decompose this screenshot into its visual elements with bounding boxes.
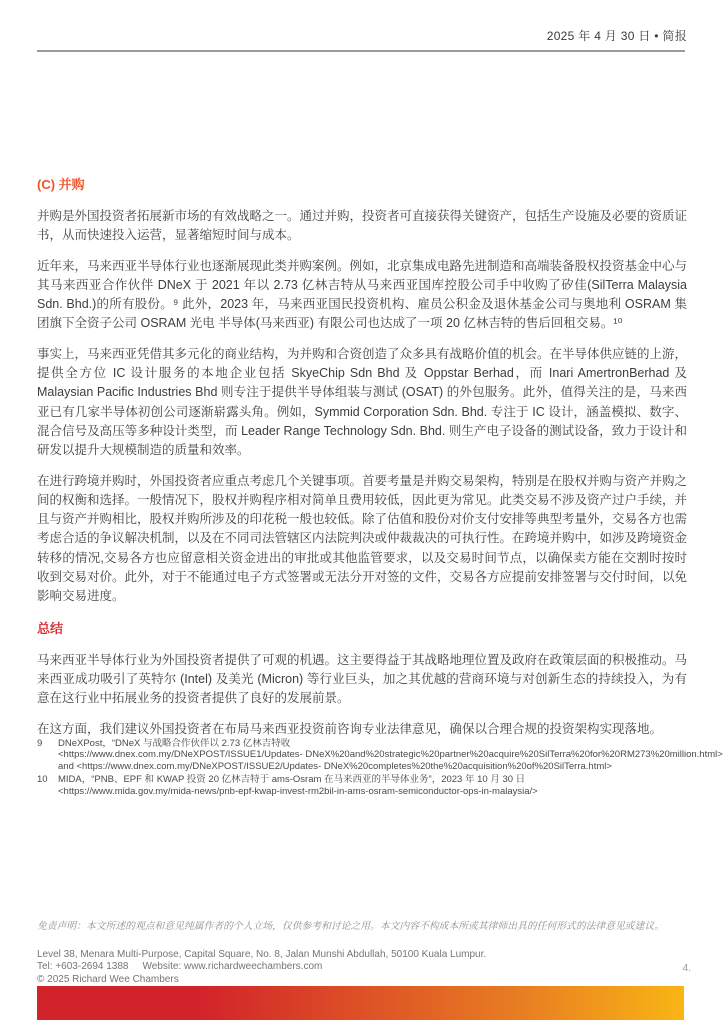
document-body: (C) 并购 并购是外国投资者拓展新市场的有效战略之一。通过并购，投资者可直接获… (37, 174, 687, 750)
summary-paragraph: 马来西亚半导体行业为外国投资者提供了可观的机遇。这主要得益于其战略地理位置及政府… (37, 651, 687, 709)
footer-telephone: Tel: +603-2694 1388 (37, 961, 128, 972)
footnote-url: and <https://www.dnex.com.my/DNeXPOST/IS… (58, 761, 723, 772)
summary-paragraph: 在这方面，我们建议外国投资者在布局马来西亚投资前咨询专业法律意见，确保以合理合规… (37, 720, 687, 739)
section-c-paragraph: 事实上，马来西亚凭借其多元化的商业结构，为并购和合资创造了众多具有战略价值的机会… (37, 345, 687, 461)
footnote-number: 9 (37, 738, 58, 772)
summary-heading: 总结 (37, 618, 687, 637)
page-footer: Level 38, Menara Multi-Purpose, Capital … (37, 949, 687, 986)
footnote-url: <https://www.mida.gov.my/mida-news/pnb-e… (58, 786, 697, 797)
header-divider-rule (37, 50, 685, 52)
footer-address: Level 38, Menara Multi-Purpose, Capital … (37, 949, 687, 961)
footnotes-section: 9 DNeXPost，“DNeX 与战略合作伙伴以 2.73 亿林吉特收 <ht… (37, 738, 697, 799)
footnote-number: 10 (37, 774, 58, 797)
footer-gradient-bar (37, 986, 684, 1020)
footnote-text: DNeXPost，“DNeX 与战略合作伙伴以 2.73 亿林吉特收 (58, 738, 723, 749)
footer-contact-line: Tel: +603-2694 1388Website: www.richardw… (37, 961, 687, 973)
footnote-10: 10 MIDA，“PNB、EPF 和 KWAP 投资 20 亿林吉特于 ams-… (37, 774, 697, 797)
section-c-paragraph: 在进行跨境并购时，外国投资者应重点考虑几个关键事项。首要考量是并购交易架构，特别… (37, 472, 687, 607)
footer-website: Website: www.richardweechambers.com (142, 961, 322, 972)
footnote-text: MIDA，“PNB、EPF 和 KWAP 投资 20 亿林吉特于 ams-Osr… (58, 774, 697, 785)
section-c-heading: (C) 并购 (37, 174, 687, 193)
section-c-paragraph: 并购是外国投资者拓展新市场的有效战略之一。通过并购，投资者可直接获得关键资产，包… (37, 207, 687, 246)
disclaimer-text: 免责声明：本文所述的观点和意见纯属作者的个人立场，仅供参考和讨论之用。本文内容不… (37, 920, 697, 933)
footnote-url: <https://www.dnex.com.my/DNeXPOST/ISSUE1… (58, 749, 723, 760)
footnote-9: 9 DNeXPost，“DNeX 与战略合作伙伴以 2.73 亿林吉特收 <ht… (37, 738, 697, 772)
page-dateline: 2025 年 4 月 30 日 • 简报 (547, 27, 687, 44)
page-number: 4. (683, 963, 691, 974)
section-c-paragraph: 近年来，马来西亚半导体行业也逐渐展现此类并购案例。例如，北京集成电路先进制造和高… (37, 257, 687, 334)
footer-copyright: © 2025 Richard Wee Chambers (37, 974, 687, 986)
